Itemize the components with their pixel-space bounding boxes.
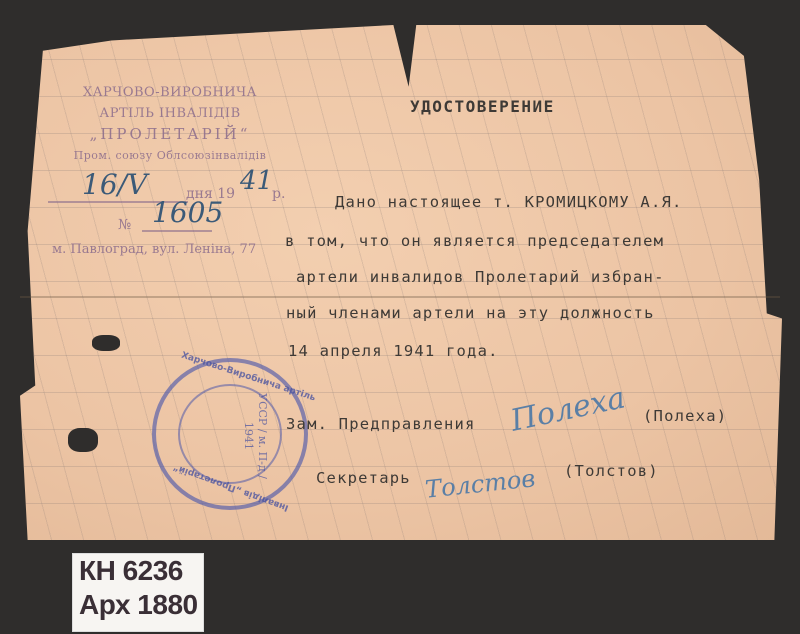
letterhead-line: ХАРЧОВО-ВИРОБНИЧА [40, 82, 300, 103]
handwritten-date: 16/V [82, 168, 147, 201]
body-line: артели инвалидов Пролетарий избран- [296, 268, 665, 286]
letterhead-stamp: ХАРЧОВО-ВИРОБНИЧА АРТІЛЬ ІНВАЛІДІВ „ПРОЛ… [40, 82, 300, 166]
body-line: ный членами артели на эту должность [286, 304, 655, 322]
number-label: № [118, 217, 131, 233]
number-underline [142, 230, 212, 232]
archive-label: КН 6236 Арх 1880 [72, 553, 204, 632]
document-title: УДОСТОВЕРЕНИЕ [410, 97, 555, 116]
signature-role: Зам. Предправления [286, 415, 476, 433]
archive-number: Арх 1880 [73, 588, 203, 622]
handwritten-number: 1605 [152, 196, 223, 229]
scanned-document: ХАРЧОВО-ВИРОБНИЧА АРТІЛЬ ІНВАЛІДІВ „ПРОЛ… [0, 0, 800, 634]
signatory-name: (Полеха) [643, 407, 727, 425]
round-seal: Харчово-Виробнича артіль Інвалідів „Прол… [152, 358, 308, 510]
paper-fold-line [20, 296, 780, 298]
body-line: Дано настоящее т. КРОМИЦКОМУ А.Я. [335, 193, 683, 211]
signatory-name: (Толстов) [564, 462, 659, 480]
seal-center-text: УССР / м. П-д / 1941 [241, 387, 269, 485]
signature-role: Секретарь [316, 469, 411, 487]
paper-hole [92, 335, 120, 351]
letterhead-line: „ПРОЛЕТАРІЙ“ [40, 124, 300, 145]
letterhead-line: АРТІЛЬ ІНВАЛІДІВ [40, 103, 300, 124]
handwritten-year: 41 [240, 166, 273, 196]
paper-hole [68, 428, 98, 452]
body-line: 14 апреля 1941 года. [288, 342, 499, 360]
letterhead-line: Пром. союзу Облсоюзінвалідів [40, 145, 300, 166]
date-suffix: р. [272, 186, 285, 202]
letterhead-address: м. Павлоград, вул. Леніна, 77 [52, 242, 256, 257]
archive-inventory-number: КН 6236 [73, 554, 203, 588]
body-line: в том, что он является председателем [285, 232, 664, 250]
